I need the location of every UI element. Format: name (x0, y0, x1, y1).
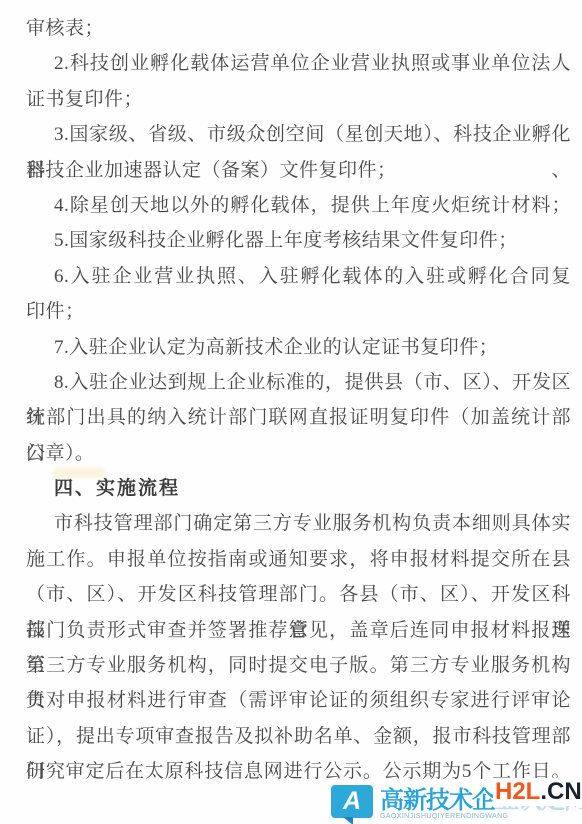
text-line: 6.入驻企业营业执照、入驻孵化载体的入驻或孵化合同复 (26, 259, 571, 294)
domain-tld-text: .CN (540, 778, 581, 806)
text-line: 计部门出具的纳入统计部门联网直报证明复印件（加盖统计部门 (26, 400, 571, 435)
text-line: 7.入驻企业认定为高新技术企业的认定证书复印件； (26, 330, 571, 365)
watermark: A 高新技术企业认定网H2L.CN GAOXINJISHUQIYERENDING… (331, 783, 582, 824)
brand-name-text: 高新技术企 (380, 780, 495, 815)
text-line: 第三方专业服务机构，同时提交电子版。第三方专业服务机构负 (26, 648, 571, 683)
domain-name-text: H2L (495, 778, 540, 806)
text-line: 责对申报材料进行审查（需评审论证的须组织专家进行评审论 (26, 683, 571, 718)
domain-stamp: H2L.CN (493, 778, 582, 806)
text-line: 审核表； (26, 11, 571, 46)
text-line: 证），提出专项审查报告及拟补助名单、金额，报市科技管理部门 (26, 719, 571, 754)
section-heading: 四、实施流程 (26, 471, 571, 506)
watermark-text: 高新技术企业认定网H2L.CN GAOXINJISHUQIYERENDINGWA… (380, 783, 582, 820)
watermark-title: 高新技术企业认定网H2L.CN (380, 783, 582, 811)
document-page: 审核表； 2.科技创业孵化载体运营单位企业营业执照或事业单位法人 证书复印件； … (0, 0, 582, 824)
text-line: 2.科技创业孵化载体运营单位企业营业执照或事业单位法人 (26, 46, 571, 81)
text-line: 公章）。 (26, 436, 571, 471)
brand-overlap: 业认定网H2L.CN (495, 780, 582, 815)
text-line: 印件； (26, 294, 571, 329)
scan-artifact (52, 468, 106, 478)
text-line: 市科技管理部门确定第三方专业服务机构负责本细则具体实 (26, 506, 571, 541)
logo-letter: A (331, 785, 373, 818)
text-line: （市、区）、开发区科技管理部门。各县（市、区）、开发区科技管理 (26, 577, 571, 612)
text-line: 4.除星创天地以外的孵化载体，提供上年度火炬统计材料； (26, 188, 571, 223)
text-line: 5.国家级科技企业孵化器上年度考核结果文件复印件； (26, 223, 571, 258)
text-line: 3.国家级、省级、市级众创空间（星创天地）、科技企业孵化器、 (26, 117, 571, 152)
text-line: 8.入驻企业达到规上企业标准的，提供县（市、区）、开发区统 (26, 365, 571, 400)
document-body: 审核表； 2.科技创业孵化载体运营单位企业营业执照或事业单位法人 证书复印件； … (26, 11, 571, 790)
brand-logo-icon: A (331, 785, 373, 818)
text-line: 部门负责形式审查并签署推荐意见，盖章后连同申报材料报送至 (26, 613, 571, 648)
text-line: 证书复印件； (26, 82, 571, 117)
text-line: 施工作。申报单位按指南或通知要求，将申报材料提交所在县 (26, 542, 571, 577)
